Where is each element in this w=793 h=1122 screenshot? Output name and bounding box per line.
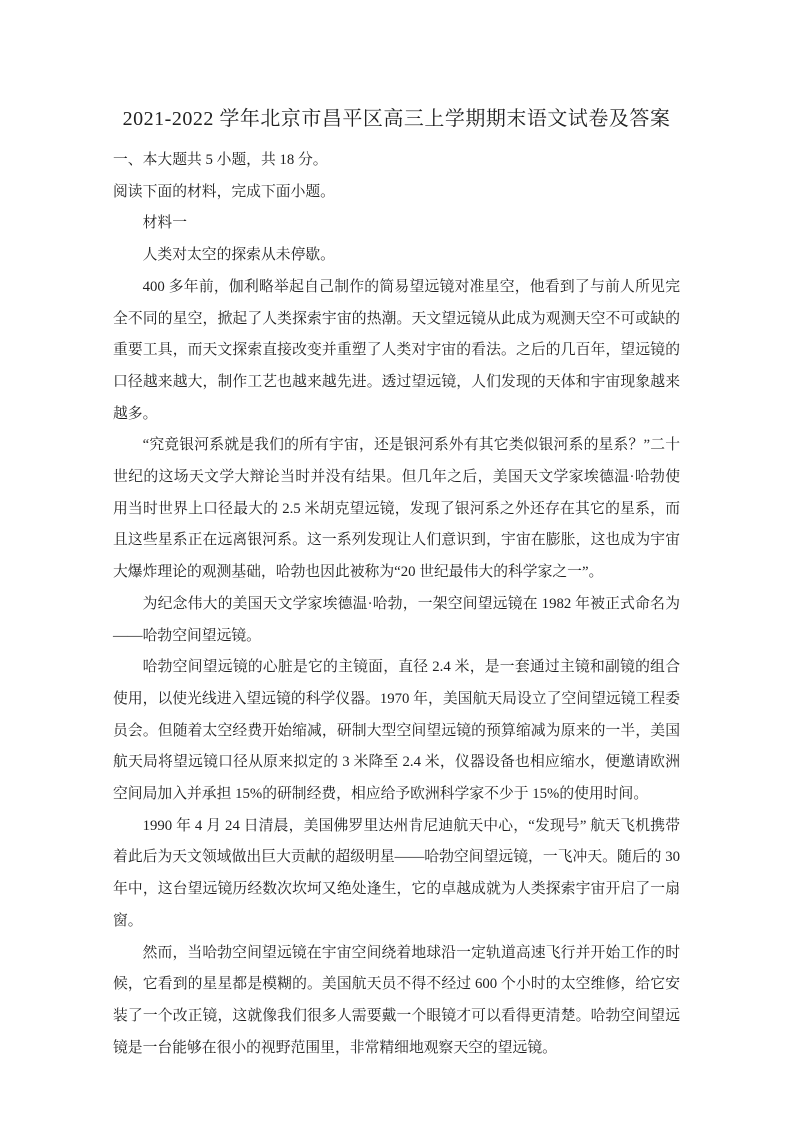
reading-instruction: 阅读下面的材料，完成下面小题。 [113, 177, 680, 209]
paragraph: 哈勃空间望远镜的心脏是它的主镜面，直径 2.4 米，是一套通过主镜和副镜的组合使… [113, 652, 680, 811]
document-page: 2021-2022 学年北京市昌平区高三上学期期末语文试卷及答案 一、本大题共 … [0, 0, 793, 1122]
paragraph: “究竟银河系就是我们的所有宇宙，还是银河系外有其它类似银河系的星系？”二十世纪的… [113, 430, 680, 589]
material-label: 材料一 [113, 208, 680, 240]
document-body: 一、本大题共 5 小题，共 18 分。 阅读下面的材料，完成下面小题。 材料一 … [113, 145, 680, 1064]
paragraph: 人类对太空的探索从未停歇。 [113, 240, 680, 272]
document-title: 2021-2022 学年北京市昌平区高三上学期期末语文试卷及答案 [113, 96, 680, 143]
paragraph: 然而，当哈勃空间望远镜在宇宙空间绕着地球沿一定轨道高速飞行并开始工作的时候，它看… [113, 938, 680, 1065]
section-header: 一、本大题共 5 小题，共 18 分。 [113, 145, 680, 177]
paragraph: 400 多年前，伽利略举起自己制作的简易望远镜对准星空，他看到了与前人所见完全不… [113, 272, 680, 431]
paragraph: 为纪念伟大的美国天文学家埃德温·哈勃，一架空间望远镜在 1982 年被正式命名为… [113, 589, 680, 652]
paragraph: 1990 年 4 月 24 日清晨，美国佛罗里达州肯尼迪航天中心，“发现号” 航… [113, 811, 680, 938]
